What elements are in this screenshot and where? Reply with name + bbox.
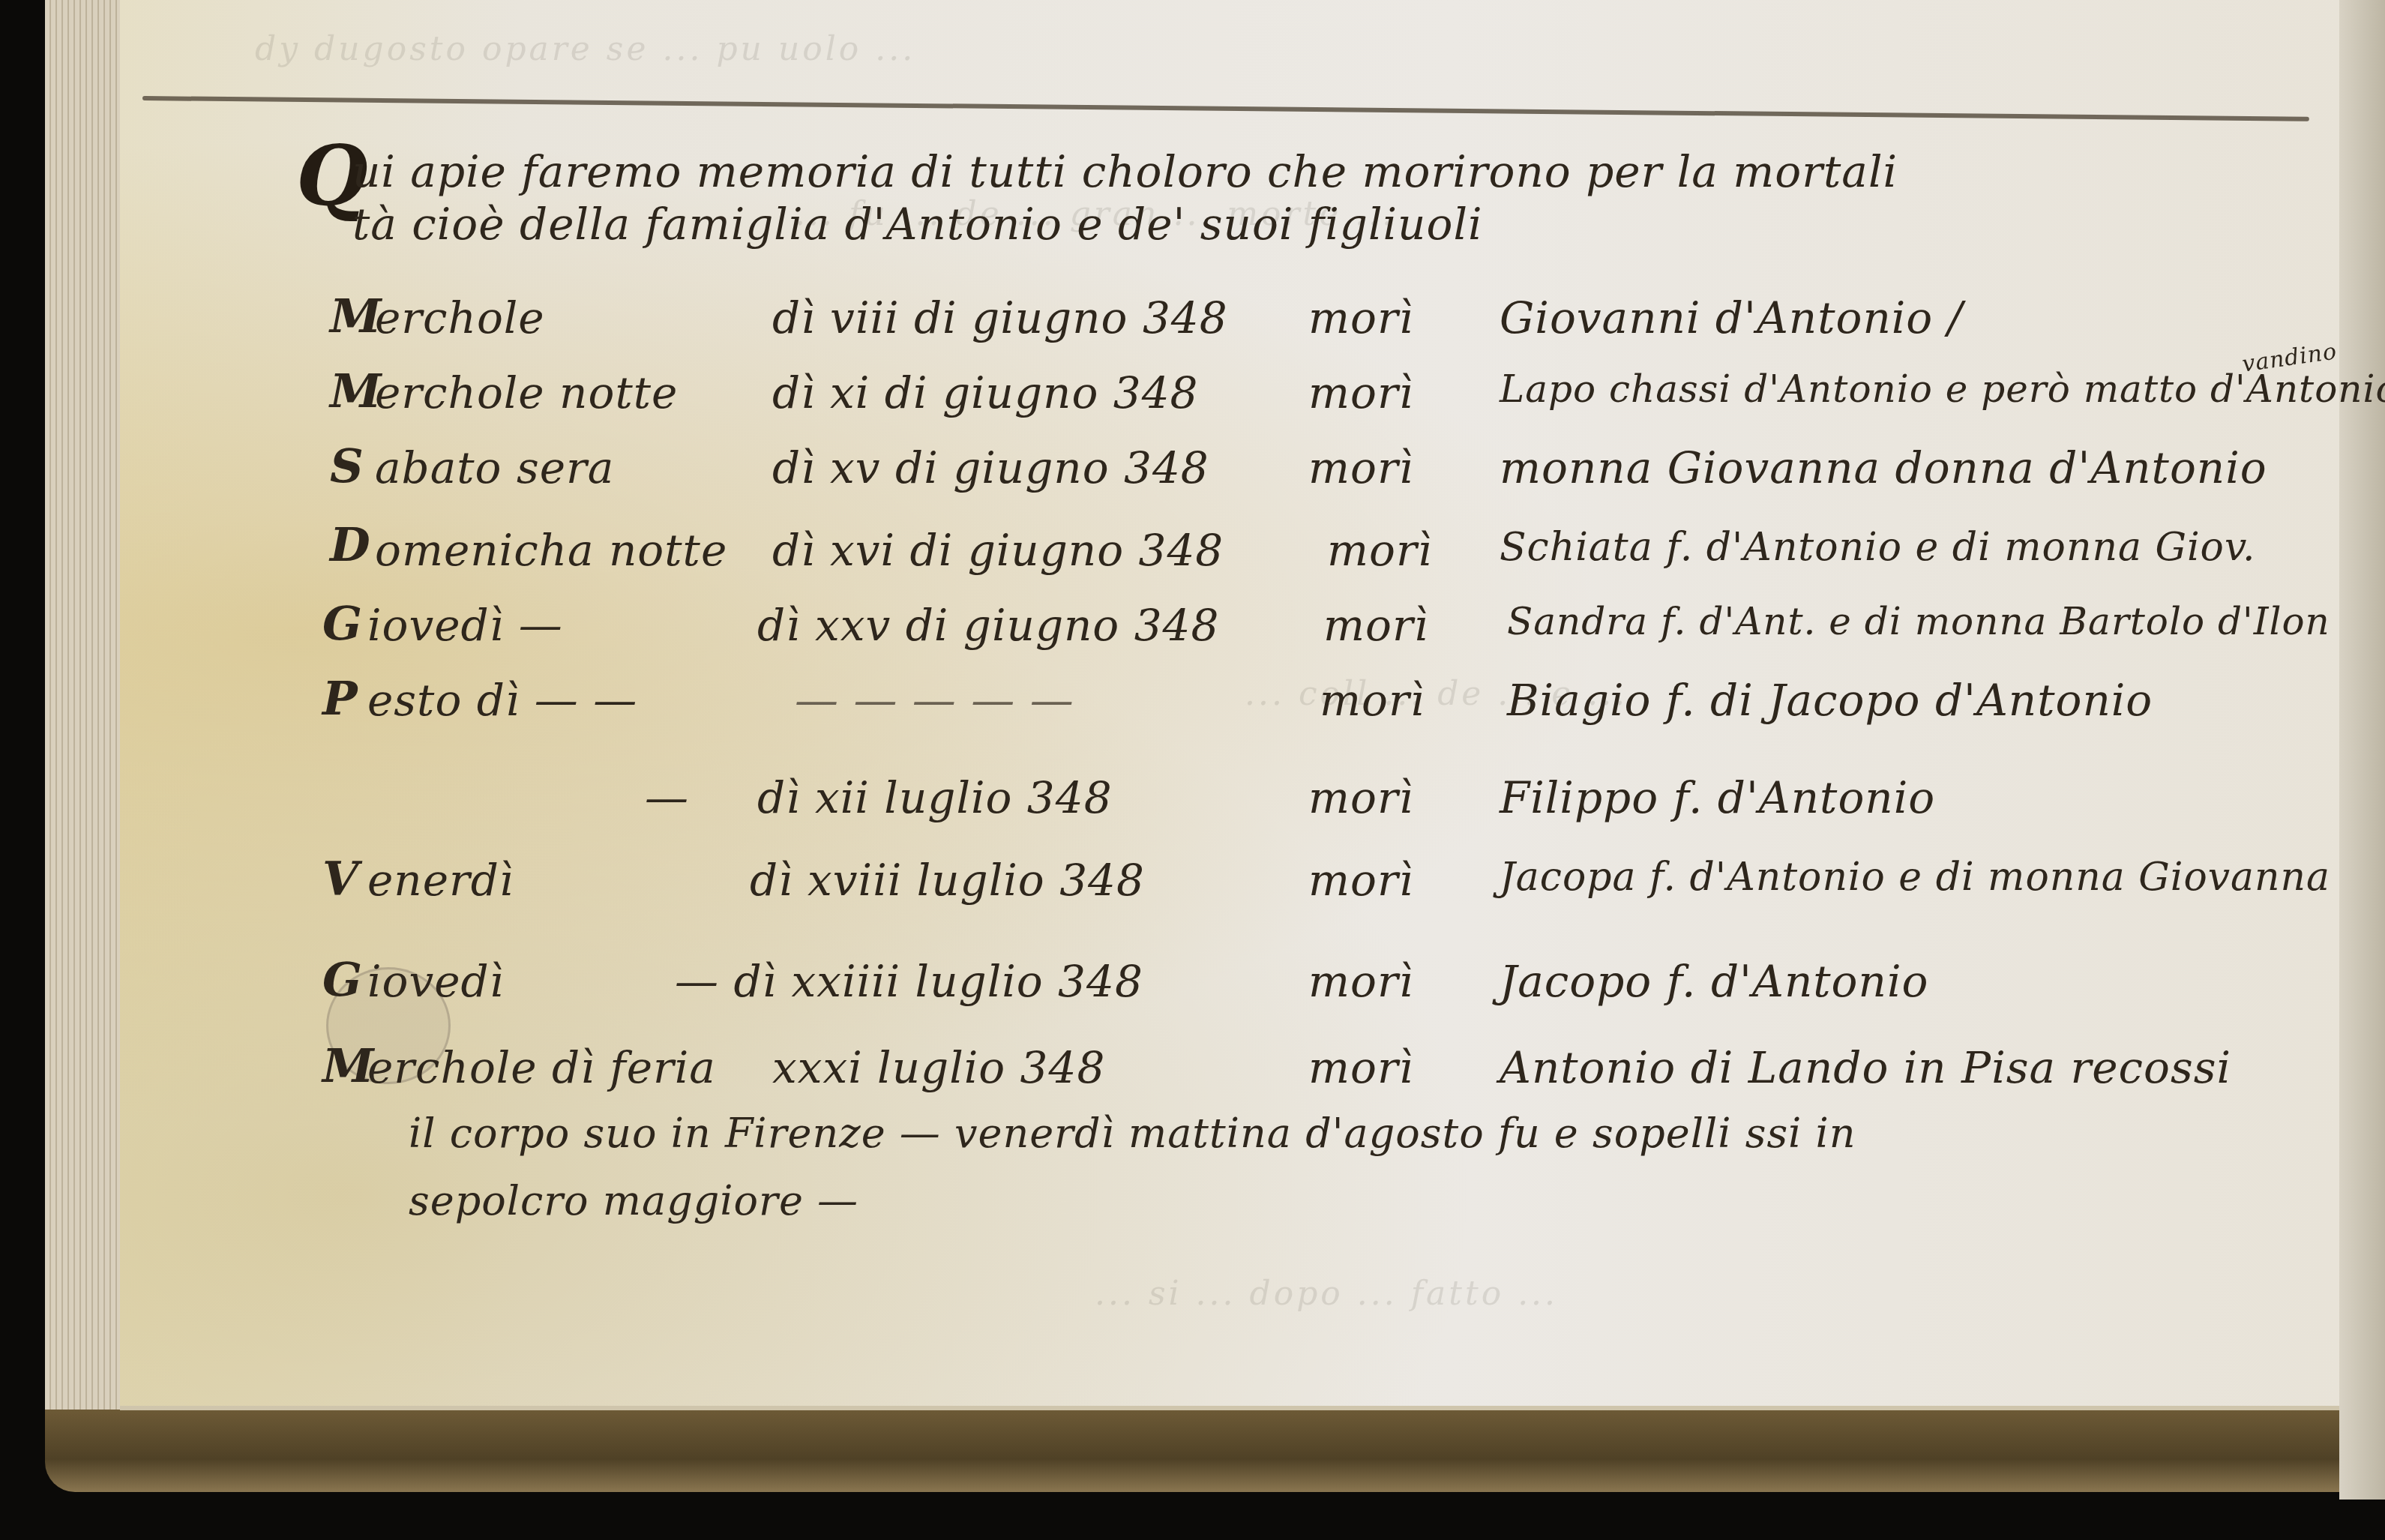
entry-day: esto dì — — [367,675,637,726]
entry-date: dì xii luglio 348 [757,772,1113,823]
entry-date: xxxi luglio 348 [772,1042,1105,1093]
show-through-text: dy dugosto opare se ... pu uolo ... [255,30,915,68]
entry-date: dì xv di giugno 348 [772,442,1209,493]
entry-date: dì viii di giugno 348 [772,292,1228,343]
right-page-edge [2339,0,2385,1500]
entry-day: iovedì — [367,600,563,651]
entry-initial: D [330,517,371,572]
show-through-text: ... si ... dopo ... fatto ... [1095,1275,1558,1313]
page-stack-edge [45,0,127,1417]
entry-name: Antonio di Lando in Pisa recossi [1500,1042,2231,1093]
entry-day: erchole notte [375,367,678,418]
entry-day: enerdì [367,855,514,906]
heading-line-1: ui apie faremo memoria di tutti choloro … [352,146,1898,197]
entry-day: — [645,772,689,823]
entry-initial: S [330,439,364,493]
entry-day: iovedì [367,956,504,1007]
entry-verb: morì [1308,956,1413,1007]
continuation-line-2: sepolcro maggiore — [409,1177,858,1224]
entry-initial: P [322,671,358,726]
entry-date: dì xvi di giugno 348 [772,525,1224,576]
entry-verb: morì [1308,1042,1413,1093]
entry-name: monna Giovanna donna d'Antonio [1500,442,2267,493]
entry-name: Biagio f. di Jacopo d'Antonio [1507,675,2153,726]
continuation-line-1: il corpo suo in Firenze — venerdì mattin… [409,1110,1856,1157]
entry-verb: morì [1308,772,1413,823]
entry-name: Sandra f. d'Ant. e di monna Bartolo d'Il… [1507,600,2330,643]
entry-day: erchole dì feria [367,1042,716,1093]
entry-initial: G [322,952,363,1007]
entry-verb: morì [1308,855,1413,906]
entry-name: Filippo f. d'Antonio [1500,772,1935,823]
entry-date: — — — — — [795,675,1074,726]
entry-date: dì xviii luglio 348 [750,855,1145,906]
entry-date: dì xi di giugno 348 [772,367,1199,418]
entry-verb: morì [1323,600,1428,651]
entry-name: Lapo chassi d'Antonio e però matto d'Ant… [1500,367,2385,411]
entry-day: omenicha notte [375,525,727,576]
entry-initial: V [322,851,359,906]
entry-date: — dì xxiiii luglio 348 [675,956,1143,1007]
entry-name: Jacopo f. d'Antonio [1500,956,1928,1007]
entry-date: dì xxv di giugno 348 [757,600,1219,651]
entry-verb: morì [1308,292,1413,343]
entry-verb: morì [1320,675,1425,726]
heading-line-2: tà cioè della famiglia d'Antonio e de' s… [352,199,1482,250]
entry-verb: morì [1308,367,1413,418]
entry-name: Giovanni d'Antonio / [1500,292,1963,343]
entry-name: Schiata f. d'Antonio e di monna Giov. [1500,525,2256,570]
entry-verb: morì [1308,442,1413,493]
entry-name: Jacopa f. d'Antonio e di monna Giovanna [1500,855,2330,900]
entry-initial: G [322,596,363,651]
book-binding-edge [45,1410,2384,1492]
entry-day: erchole [375,292,545,343]
entry-day: abato sera [375,442,614,493]
entry-verb: morì [1327,525,1432,576]
